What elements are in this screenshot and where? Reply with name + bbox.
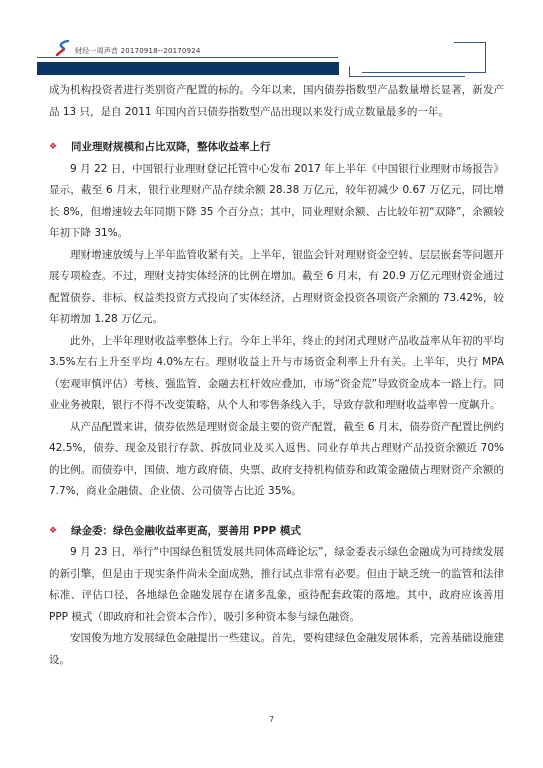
paragraph: 安国俊为地方发展绿色金融提出一些建议。首先，要构建绿色金融发展体系，完善基础设施… (49, 628, 504, 671)
diamond-bullet-icon: ❖ (49, 137, 59, 159)
section-title: 同业理财规模和占比双降，整体收益率上行 (71, 137, 271, 159)
header-decoration-box (349, 66, 465, 77)
diamond-bullet-icon: ❖ (49, 521, 59, 543)
paragraph: 9 月 23 日，举行“中国绿色租赁发展共同体高峰论坛”，绿金委表示绿色金融成为… (49, 542, 504, 628)
section-heading: ❖ 绿金委：绿色金融收益率更高，要善用 PPP 模式 (49, 521, 504, 543)
paragraph: 此外，上半年理财收益率整体上行。今年上半年，终止的封闭式理财产品收益率从年初的平… (49, 331, 504, 417)
paragraph: 理财增速放缓与上半年监管收紧有关。上半年，银监会针对理财资金空转、层层嵌套等问题… (49, 245, 504, 331)
header-band (37, 62, 339, 75)
page-number: 7 (0, 715, 543, 724)
paragraph: 从产品配置来讲，债券依然是理财资金最主要的资产配置，截至 6 月末，债券资产配置… (49, 417, 504, 503)
document-body: 成为机构投资者进行类别资产配置的标的。今年以来，国内债券指数型产品数量增长显著，… (49, 80, 504, 671)
section-title: 绿金委：绿色金融收益率更高，要善用 PPP 模式 (71, 521, 301, 543)
section-green-finance: ❖ 绿金委：绿色金融收益率更高，要善用 PPP 模式 9 月 23 日，举行“中… (49, 521, 504, 672)
header-divider (37, 57, 338, 58)
section-heading: ❖ 同业理财规模和占比双降，整体收益率上行 (49, 137, 504, 159)
page-header: 财经一周声音 20170918--20170924 (0, 0, 543, 80)
section-interbank-wealth: ❖ 同业理财规模和占比双降，整体收益率上行 9 月 22 日，中国银行业理财登记… (49, 137, 504, 503)
header-title: 财经一周声音 20170918--20170924 (75, 46, 201, 56)
intro-paragraph: 成为机构投资者进行类别资产配置的标的。今年以来，国内债券指数型产品数量增长显著，… (49, 80, 504, 123)
swirl-logo-icon (56, 40, 70, 56)
paragraph: 9 月 22 日，中国银行业理财登记托管中心发布 2017 年上半年《中国银行业… (49, 159, 504, 245)
